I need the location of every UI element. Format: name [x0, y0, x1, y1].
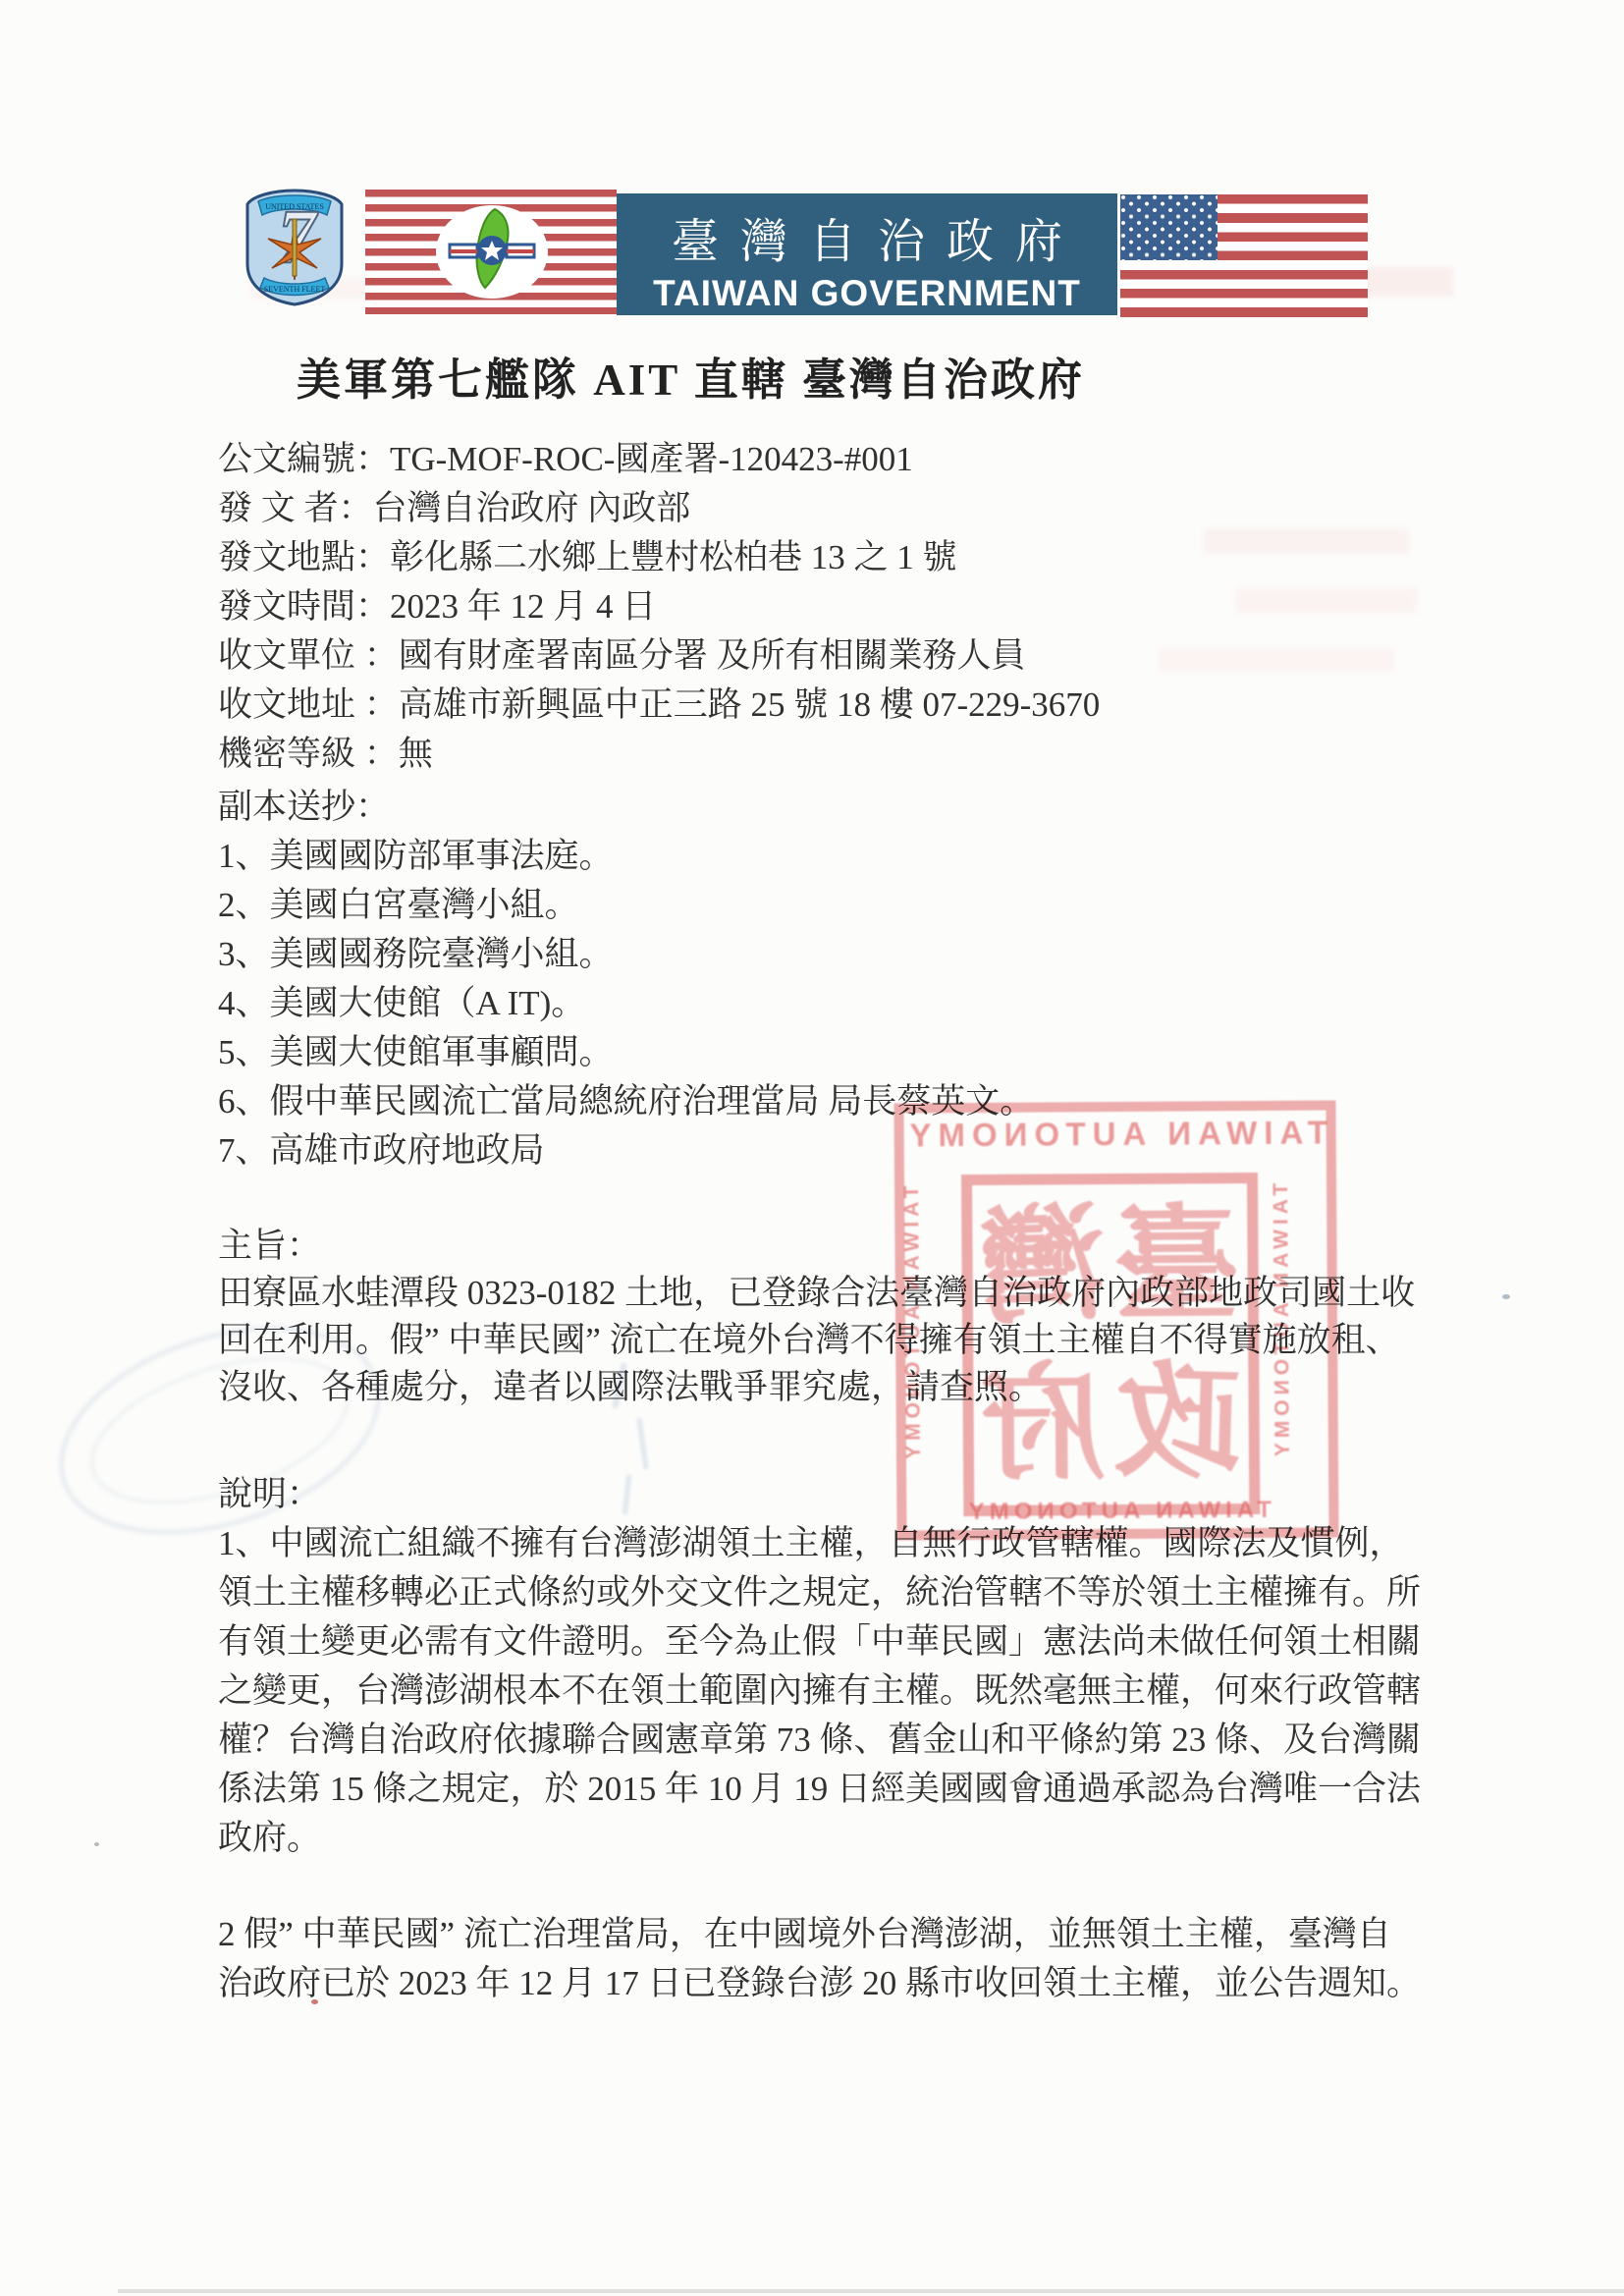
explanation-line: 領土主權移轉必正式條約或外交文件之規定，統治管轄不等於領土主權擁有。所: [218, 1568, 1418, 1617]
document-meta-block: 公文編號：TG-MOF-ROC-國產署-120423-#001發 文 者：台灣自…: [218, 435, 1418, 779]
taiwan-island-icon: [436, 205, 548, 299]
striped-taiwan-flag: [365, 190, 617, 314]
explanation-line: 政府。: [218, 1814, 1418, 1863]
cc-item: 7、高雄市政府地政局: [218, 1126, 1418, 1175]
document-title: 美軍第七艦隊 AIT 直轄 臺灣自治政府: [297, 344, 1085, 408]
explanation-line: 權？台灣自治政府依據聯合國憲章第 73 條、舊金山和平條約第 23 條、及台灣關: [218, 1716, 1418, 1765]
cc-item: 4、美國大使館（A IT)。: [218, 979, 1418, 1028]
cc-block: 副本送抄： 1、美國國防部軍事法庭。2、美國白宮臺灣小組。3、美國國務院臺灣小組…: [218, 783, 1418, 1175]
cc-heading: 副本送抄：: [218, 783, 1418, 832]
scanned-document-page: UNITED STATES SEVENTH FLEET 7 臺灣自治政府 TAI…: [0, 0, 1624, 2296]
ghost-ink-mark: [636, 1418, 648, 1469]
subject-line: 田寮區水蛙潭段 0323-0182 土地，已登錄合法臺灣自治政府內政部地政司國土…: [218, 1270, 1418, 1317]
cc-item: 3、美國國務院臺灣小組。: [218, 930, 1418, 979]
cc-list: 1、美國國防部軍事法庭。2、美國白宮臺灣小組。3、美國國務院臺灣小組。4、美國大…: [218, 832, 1418, 1175]
subject-lines: 田寮區水蛙潭段 0323-0182 土地，已登錄合法臺灣自治政府內政部地政司國土…: [218, 1270, 1418, 1411]
explanation-line: 之變更，台灣澎湖根本不在領土範圍內擁有主權。既然毫無主權，何來行政管轄: [218, 1667, 1418, 1716]
ink-speck: [1502, 1294, 1510, 1299]
badge-bottom-ribbon-text: SEVENTH FLEET: [264, 285, 326, 294]
explanation-line: 1、中國流亡組織不擁有台灣澎湖領土主權，自無行政管轄權。國際法及慣例，: [218, 1519, 1418, 1568]
meta-line: 收文單位 ：國有財產署南區分署 及所有相關業務人員: [218, 631, 1418, 681]
meta-line: 收文地址 ：高雄市新興區中正三路 25 號 18 樓 07-229-3670: [218, 681, 1418, 730]
banner-chinese-title: 臺灣自治政府: [617, 203, 1117, 271]
subject-line: 沒收、各種處分，違者以國際法戰爭罪究處，請查照。: [218, 1364, 1418, 1411]
cc-item: 2、美國白宮臺灣小組。: [218, 881, 1418, 930]
taiwan-government-banner: 臺灣自治政府 TAIWAN GOVERNMENT: [617, 193, 1117, 315]
explanation-block: 說明： 1、中國流亡組織不擁有台灣澎湖領土主權，自無行政管轄權。國際法及慣例，領…: [218, 1470, 1418, 1863]
meta-line: 機密等級 ：無: [218, 730, 1418, 779]
explanation-line: 有領土變更必需有文件證明。至今為止假「中華民國」憲法尚未做任何領土相關: [218, 1617, 1418, 1667]
banner-english-title: TAIWAN GOVERNMENT: [617, 273, 1117, 314]
cc-item: 6、假中華民國流亡當局總統府治理當局 局長蔡英文。: [218, 1077, 1418, 1126]
explanation-lines: 1、中國流亡組織不擁有台灣澎湖領土主權，自無行政管轄權。國際法及慣例，領土主權移…: [218, 1519, 1418, 1863]
meta-line: 發 文 者：台灣自治政府 內政部: [218, 484, 1418, 533]
star-roundel-icon: [450, 236, 534, 265]
scan-bottom-edge: [118, 2289, 1624, 2293]
explanation-heading: 說明：: [218, 1470, 1418, 1519]
us-flag-canton: [1120, 194, 1218, 260]
subject-line: 回在利用。假” 中華民國” 流亡在境外台灣不得擁有領土主權自不得實施放租、: [218, 1317, 1418, 1364]
us-flag-icon: [1120, 194, 1368, 317]
ink-speck: [94, 1842, 99, 1846]
subject-block: 主旨： 田寮區水蛙潭段 0323-0182 土地，已登錄合法臺灣自治政府內政部地…: [218, 1223, 1418, 1411]
paragraph-2-block: 2 假” 中華民國” 流亡治理當局，在中國境外台灣澎湖，並無領土主權，臺灣自治政…: [218, 1910, 1418, 2008]
paragraph-line: 2 假” 中華民國” 流亡治理當局，在中國境外台灣澎湖，並無領土主權，臺灣自: [218, 1910, 1418, 1959]
meta-line: 發文時間：2023 年 12 月 4 日: [218, 582, 1418, 631]
cc-item: 5、美國大使館軍事顧問。: [218, 1028, 1418, 1077]
cc-item: 1、美國國防部軍事法庭。: [218, 832, 1418, 881]
meta-line: 公文編號：TG-MOF-ROC-國產署-120423-#001: [218, 435, 1418, 484]
meta-line: 發文地點：彰化縣二水鄉上豐村松柏巷 13 之 1 號: [218, 533, 1418, 582]
explanation-line: 係法第 15 條之規定，於 2015 年 10 月 19 日經美國國會通過承認為…: [218, 1765, 1418, 1814]
subject-heading: 主旨：: [218, 1223, 1418, 1270]
paragraph-line: 治政府已於 2023 年 12 月 17 日已登錄台澎 20 縣市收回領土主權，…: [218, 1959, 1418, 2008]
taiwan-island-roundel: [436, 205, 548, 299]
seventh-fleet-emblem-icon: UNITED STATES SEVENTH FLEET 7: [241, 186, 349, 309]
